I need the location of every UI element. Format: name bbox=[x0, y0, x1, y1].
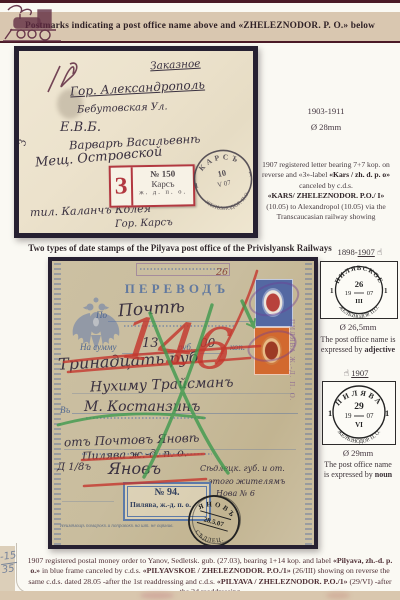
pilyavskoe-cds-year-left: 19 bbox=[345, 290, 352, 297]
pencil-inventory-note: -15 35 bbox=[0, 550, 19, 576]
svg-text:ЖЕЛѢЗНОДОР. П.О.: ЖЕЛѢЗНОДОР. П.О. bbox=[337, 305, 380, 318]
manicule-icon: ☝ bbox=[377, 248, 382, 258]
pilyavskoe-diameter: Ø 26,5mm bbox=[320, 322, 396, 332]
kars-desc-s2: canceled by c.d.s. bbox=[299, 181, 353, 190]
address-line-1: Гор. Александрополь bbox=[70, 77, 205, 98]
address-line-3: Е.В.Б. bbox=[60, 120, 101, 135]
pilyavskoe-note-line1: The post office name is bbox=[321, 335, 396, 344]
pilyava-cds-day: 29 bbox=[354, 402, 364, 412]
kars-envelope: 3 Заказное Гор. Александрополь Бебутовск… bbox=[19, 51, 253, 233]
pilyavskoe-dates-year: 1907 bbox=[358, 247, 375, 257]
locomotive-icon bbox=[2, 1, 64, 45]
pencil-note-lower: 35 bbox=[1, 563, 19, 576]
registration-railway: ж. д. п. о. bbox=[133, 188, 193, 196]
kars-cds: КАРСЪ ЖЕЛѢЗНОДОР. П.О 10 V 07 1 1 bbox=[191, 147, 253, 211]
pilyavskoe-cds-year-right: 07 bbox=[367, 290, 374, 297]
registration-label-letter-box: З bbox=[111, 167, 134, 205]
red-crayon-strokes bbox=[64, 271, 260, 486]
mo-caption-s2: in blue frame canceled by c.d.s. bbox=[40, 566, 143, 575]
crayon-annotations: 146 bbox=[52, 261, 314, 545]
pilyava-dates-year: 1907 bbox=[351, 368, 368, 378]
margin-mark: 3 bbox=[19, 138, 29, 146]
pilyavskoe-cds-drawing: ПИЛЯВСКОЕ ЖЕЛѢЗНОДОР. П.О. 26 19 07 III … bbox=[321, 262, 397, 318]
kars-description: 1907 registered letter bearing 7+7 kop. … bbox=[258, 160, 394, 223]
pilyava-cds-year-left: 19 bbox=[345, 412, 353, 420]
address-line-2: Бебутовская Ул. bbox=[77, 101, 168, 115]
pilyavskoe-dates-prefix: 1898- bbox=[338, 247, 358, 257]
kars-dates: 1903-1911 bbox=[258, 106, 394, 116]
pilyava-cds-serial-right: 1 bbox=[385, 408, 389, 418]
registered-endorsement: Заказное bbox=[150, 58, 201, 73]
mo-caption-b3: «PILYAVA / ZHELEZNODOR. P.O./1» bbox=[217, 577, 348, 586]
kars-cds-bottom-text: ЖЕЛѢЗНОДОР. П.О bbox=[203, 191, 253, 211]
registration-letter: З bbox=[114, 173, 127, 200]
pilyavskoe-cds-serial-left: 1 bbox=[330, 287, 334, 295]
bottom-smudge bbox=[140, 592, 174, 599]
pilyavskoe-dates: 1898-1907 ☝ bbox=[328, 247, 392, 258]
svg-text:ЖЕЛѢЗНОДОР. П. О.: ЖЕЛѢЗНОДОР. П. О. bbox=[336, 429, 382, 444]
section-title: Two types of date stamps of the Pilyava … bbox=[20, 243, 340, 253]
kars-cds-line2: V 07 bbox=[217, 178, 233, 189]
mo-caption-b2: «PILYAVSKOE / ZHELEZNODOR. P.O./1» bbox=[143, 566, 291, 575]
pilyavskoe-cds-month: III bbox=[355, 298, 363, 305]
kars-desc-b1: «Kars / zh. d. p. o» bbox=[329, 170, 390, 179]
kars-desc-s3: (10.05) to Alexandropol (10.05) via the … bbox=[266, 202, 386, 221]
pilyava-cds-drawing-box: ПИЛЯВА ЖЕЛѢЗНОДОР. П. О. 29 19 07 VI 1 1 bbox=[322, 381, 396, 445]
pilyavskoe-cds-day: 26 bbox=[355, 279, 364, 289]
pilyava-cds-drawing: ПИЛЯВА ЖЕЛѢЗНОДОР. П. О. 29 19 07 VI 1 1 bbox=[323, 382, 395, 444]
kars-description-column: 1903-1911 Ø 28mm 1907 registered letter … bbox=[258, 106, 394, 223]
pilyava-diameter: Ø 29mm bbox=[322, 448, 394, 458]
red-crayon-number: 146 bbox=[118, 304, 236, 385]
bottom-smudge bbox=[326, 592, 350, 599]
manicule-icon: ☝ bbox=[344, 369, 349, 379]
pilyava-note-line1: The post office name bbox=[324, 460, 392, 469]
kars-cds-day: 10 bbox=[217, 167, 227, 179]
kars-cds-serial-left: 1 bbox=[194, 181, 200, 190]
registration-label: З № 150 Карсъ ж. д. п. о. bbox=[109, 164, 196, 207]
svg-text:ЖЕЛѢЗНОДОР. П.О: ЖЕЛѢЗНОДОР. П.О bbox=[203, 191, 253, 211]
sender-note-2: Гор. Карсъ bbox=[115, 217, 173, 230]
pilyava-note-line2: is expressed by bbox=[324, 470, 375, 479]
registration-label-body: № 150 Карсъ ж. д. п. о. bbox=[133, 166, 194, 205]
pilyava-cds-serial-left: 1 bbox=[328, 408, 332, 418]
money-order-photo: 26 ПЕРЕВОДЪ bbox=[48, 257, 318, 549]
money-order-form: 26 ПЕРЕВОДЪ bbox=[52, 261, 314, 545]
kars-diameter: Ø 28mm bbox=[258, 122, 394, 132]
exhibit-page: Postmarks indicating a post office name … bbox=[0, 0, 400, 600]
pilyavskoe-note-bold: adjective bbox=[364, 345, 395, 354]
pilyava-cds-bottom: ЖЕЛѢЗНОДОР. П. О. bbox=[336, 429, 382, 444]
pilyavskoe-note-line2: expressed by bbox=[321, 345, 365, 354]
kars-cds-serial-right: 1 bbox=[248, 170, 253, 179]
pilyavskoe-note: The post office name is expressed by adj… bbox=[306, 335, 400, 356]
pilyava-note: The post office name is expressed by nou… bbox=[308, 460, 400, 481]
mo-caption-s1: 1907 registered postal money order to Ya… bbox=[28, 556, 333, 565]
pilyavskoe-cds-drawing-box: ПИЛЯВСКОЕ ЖЕЛѢЗНОДОР. П.О. 26 19 07 III … bbox=[320, 261, 398, 319]
pilyava-note-bold: noun bbox=[375, 470, 392, 479]
page-title-text: Postmarks indicating a post office name … bbox=[25, 21, 375, 31]
pilyava-cds-year-right: 07 bbox=[367, 412, 375, 420]
pilyavskoe-cds-serial-right: 1 bbox=[384, 287, 388, 295]
pilyava-cds-month: VI bbox=[355, 421, 363, 429]
pilyavskoe-cds-bottom: ЖЕЛѢЗНОДОР. П.О. bbox=[337, 305, 380, 318]
pilyava-dates: ☝ 1907 bbox=[324, 368, 388, 379]
kars-desc-b2: «KARS/ ZHELEZNODOR. P.O./ I» bbox=[268, 191, 385, 200]
kars-cover-photo: 3 Заказное Гор. Александрополь Бебутовск… bbox=[14, 46, 258, 238]
